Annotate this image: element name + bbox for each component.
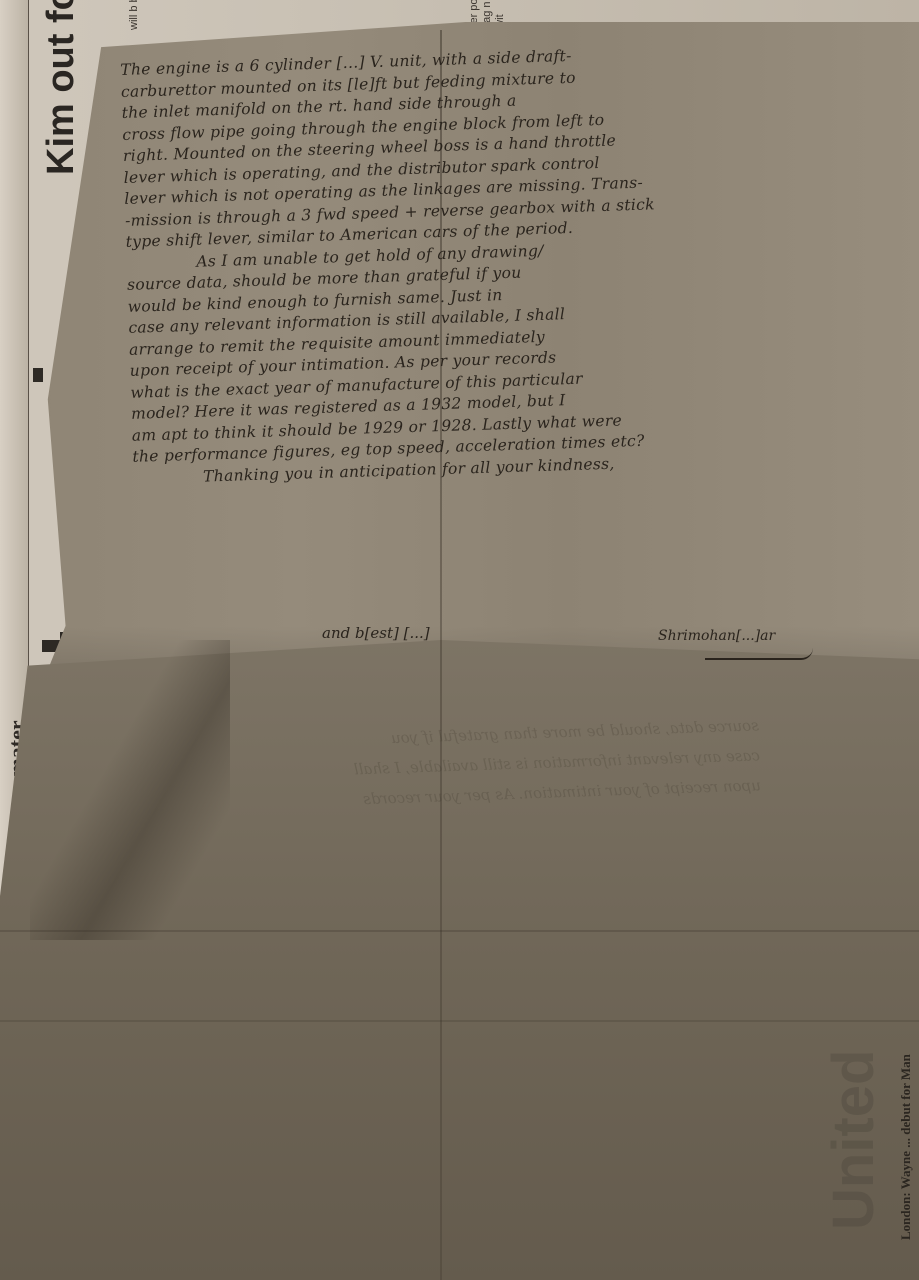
fold-line-horizontal-2 (0, 1020, 919, 1022)
fold-line-horizontal (0, 930, 919, 932)
newspaper-caption: London: Wayne ... debut for Man (898, 1054, 914, 1240)
newspaper-mark (33, 368, 43, 382)
newspaper-column-top-left: will b but (128, 0, 141, 30)
letter-body: The engine is a 6 cylinder [...] V. unit… (120, 38, 833, 490)
newspaper-headline-left: Kim out fo (40, 0, 83, 175)
signature: Shrimohan[...]ar (658, 628, 775, 644)
signature-underline (705, 648, 813, 660)
newspaper-show-through-headline: United (820, 1050, 887, 1230)
letter-signoff: and b[est] [...] (322, 624, 430, 642)
